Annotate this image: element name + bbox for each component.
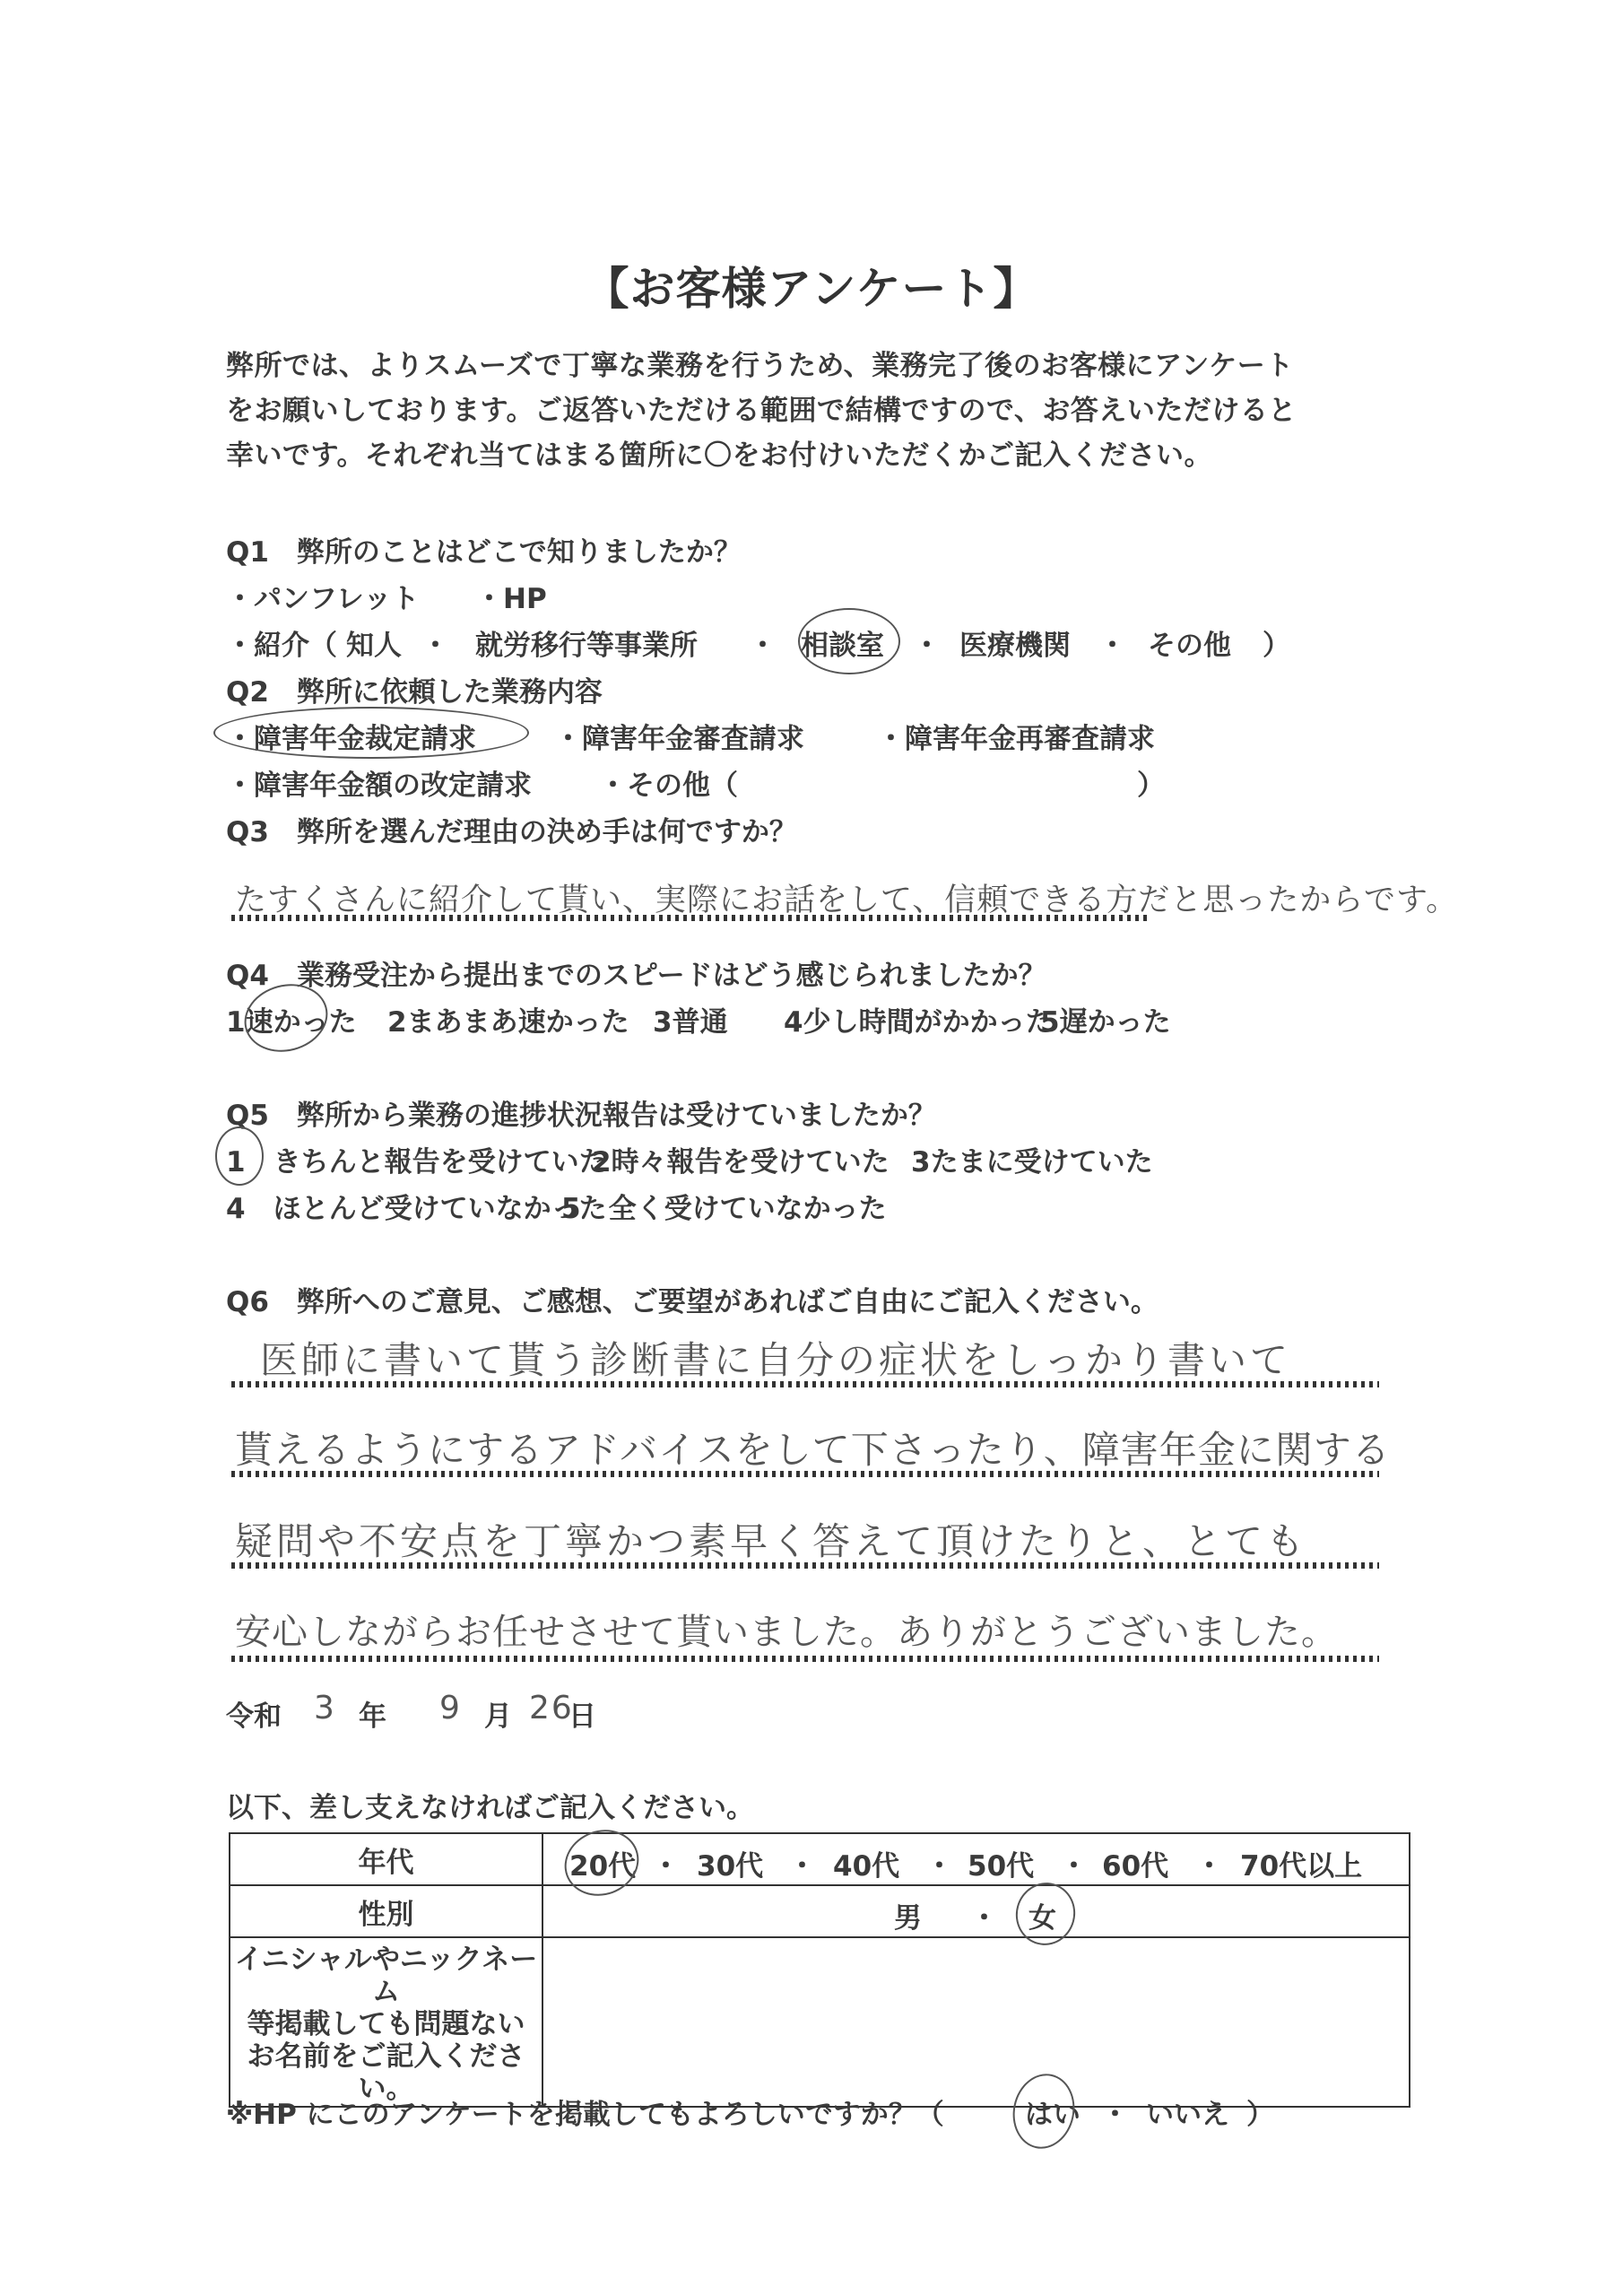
intro-line-1: 弊所では、よりスムーズで丁寧な業務を行うため、業務完了後のお客様にアンケート [226,343,1294,383]
separator-dot: ・ [652,1843,680,1883]
q1-option-hp[interactable]: ・HP [475,576,547,616]
gender-options: 男 ・ 女 [542,1885,1410,1937]
q1-option-acquaintance[interactable]: 知人 [346,622,402,663]
separator-dot: ・ [970,1895,998,1935]
name-label: イニシャルやニックネーム 等掲載しても問題ない お名前をご記入ください。 [230,1937,542,2107]
answer-dotted-line [231,1562,1379,1569]
selection-circle [215,1126,264,1186]
q2-option-amount-revision[interactable]: ・障害年金額の改定請求 [226,762,532,803]
q2-question: Q2 弊所に依頼した業務内容 [226,669,603,709]
age-option-50s[interactable]: 50代 [968,1843,1034,1883]
age-option-30s[interactable]: 30代 [697,1843,763,1883]
intro-line-3: 幸いです。それぞれ当てはまる箇所に〇をお付けいただくかご記入ください。 [226,432,1212,473]
q1-option-other[interactable]: その他 [1148,622,1231,663]
age-label: 年代 [230,1833,542,1885]
answer-dotted-line [231,1381,1379,1387]
date-year-label: 年 [359,1693,386,1734]
intro-line-2: をお願いしております。ご返答いただける範囲で結構ですので、お答えいただけると [226,387,1297,428]
q6-answer-line-3[interactable]: 疑問や不安点を丁寧かつ素早く答えて頂けたりと、とても [235,1512,1307,1566]
q2-option-re-review-claim[interactable]: ・障害年金再審査請求 [877,716,1155,756]
separator-dot: ・ [749,622,777,663]
q4-option-4[interactable]: 4少し時間がかかった [784,999,1054,1039]
separator-dot: ・ [788,1843,816,1883]
date-month-value[interactable]: 9 [439,1690,462,1726]
gender-label: 性別 [230,1885,542,1937]
optional-heading: 以下、差し支えなければご記入ください。 [226,1785,754,1825]
name-input[interactable] [542,1937,1410,2107]
q3-question: Q3 弊所を選んだ理由の決め手は何ですか？ [226,809,797,849]
separator-dot: ・ [913,622,941,663]
q6-answer-line-2[interactable]: 貰えるようにするアドバイスをして下さったり、障害年金に関する [235,1421,1391,1474]
q6-question: Q6 弊所へのご意見、ご感想、ご要望があればご自由にご記入ください。 [226,1279,1159,1319]
age-option-70s-plus[interactable]: 70代以上 [1240,1843,1362,1883]
q5-option-1[interactable]: 1 きちんと報告を受けていた [226,1139,607,1179]
gender-option-male[interactable]: 男 [894,1895,922,1935]
optional-info-table: 年代 20代 ・ 30代 ・ 40代 ・ 50代 ・ 60代 ・ 70代以上 性… [229,1832,1410,2108]
separator-dot: ・ [1060,1843,1088,1883]
q5-option-5[interactable]: 5 全く受けていなかった [561,1186,887,1226]
answer-dotted-line [231,915,1150,921]
q1-option-medical-institution[interactable]: 医療機関 [959,622,1071,663]
age-option-60s[interactable]: 60代 [1102,1843,1168,1883]
name-label-line-2: 等掲載しても問題ない [231,2008,541,2040]
q1-question: Q1 弊所のことはどこで知りましたか？ [226,529,742,570]
date-day-label: 日 [568,1693,596,1734]
name-label-line-1: イニシャルやニックネーム [231,1944,541,2008]
selection-circle [213,707,529,759]
table-row-gender: 性別 男 ・ 女 [230,1885,1410,1937]
q4-option-5[interactable]: 5遅かった [1040,999,1171,1039]
age-option-40s[interactable]: 40代 [833,1843,899,1883]
answer-dotted-line [231,1656,1379,1662]
separator-dot: ・ [421,622,449,663]
separator-dot: ・ [1101,2092,1129,2132]
q5-question: Q5 弊所から業務の進捗状況報告は受けていましたか？ [226,1092,936,1133]
q4-question: Q4 業務受注から提出までのスピードはどう感じられましたか？ [226,952,1046,993]
q3-answer[interactable]: たすくさんに紹介して貰い、実際にお話をして、信頼できる方だと思ったからです。 [235,875,1458,920]
date-year-value[interactable]: 3 [314,1690,336,1726]
separator-dot: ・ [1195,1843,1223,1883]
separator-dot: ・ [925,1843,953,1883]
answer-dotted-line [231,1471,1379,1477]
publish-question: ※HP にこのアンケートを掲載してもよろしいですか？（ [226,2092,944,2132]
table-row-age: 年代 20代 ・ 30代 ・ 40代 ・ 50代 ・ 60代 ・ 70代以上 [230,1833,1410,1885]
date-day-value[interactable]: 26 [529,1690,574,1726]
q5-option-3[interactable]: 3たまに受けていた [911,1139,1153,1179]
q6-answer-line-4[interactable]: 安心しながらお任せさせて貰いました。ありがとうございました。 [235,1604,1338,1655]
table-row-name: イニシャルやニックネーム 等掲載しても問題ない お名前をご記入ください。 [230,1937,1410,2107]
separator-dot: ・ [1098,622,1126,663]
q1-referral-prefix: ・紹介（ [226,622,337,663]
q2-option-other[interactable]: ・その他（ [599,762,738,803]
q1-option-pamphlet[interactable]: ・パンフレット [226,576,419,616]
publish-close: ） [1246,2092,1274,2132]
age-options: 20代 ・ 30代 ・ 40代 ・ 50代 ・ 60代 ・ 70代以上 [542,1833,1410,1885]
q1-referral-suffix: ） [1263,622,1290,663]
q4-option-2[interactable]: 2まあまあ速かった [387,999,629,1039]
date-month-label: 月 [484,1693,512,1734]
q6-answer-line-1[interactable]: 医師に書いて貰う診断書に自分の症状をしっかり書いて [260,1331,1291,1385]
q5-option-4[interactable]: 4 ほとんど受けていなかった [226,1186,607,1226]
selection-circle [798,608,900,674]
q5-option-2[interactable]: 2時々報告を受けていた [592,1139,890,1179]
q1-option-employment-office[interactable]: 就労移行等事業所 [475,622,698,663]
q2-other-close: ） [1137,762,1165,803]
date-era: 令和 [226,1693,282,1734]
survey-title: 【お客様アンケート】 [0,253,1623,317]
publish-option-no[interactable]: いいえ [1146,2092,1229,2132]
q4-option-3[interactable]: 3普通 [653,999,728,1039]
q2-option-review-claim[interactable]: ・障害年金審査請求 [554,716,804,756]
